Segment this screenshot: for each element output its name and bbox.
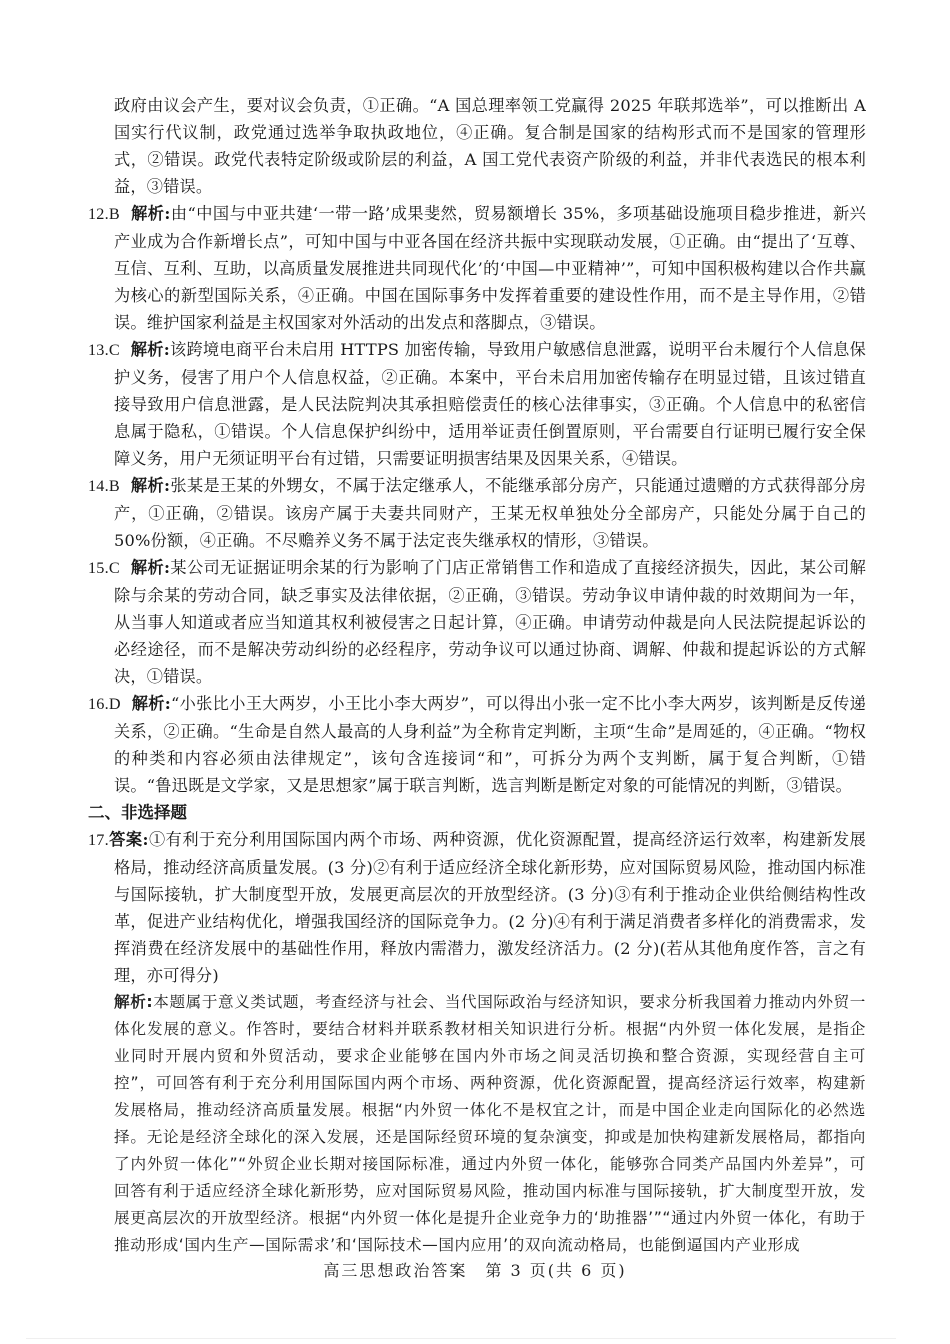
section-title: 二、非选择题 — [88, 799, 866, 826]
question-number: 12. — [88, 205, 109, 223]
analysis-text: “小张比小王大两岁，小王比小李大两岁”，可以得出小张一定不比小李大两岁，该判断是… — [114, 694, 866, 795]
analysis-text: 某公司无证据证明余某的行为影响了门店正常销售工作和造成了直接经济损失，因此，某公… — [114, 558, 866, 686]
analysis-label: 解析: — [132, 694, 171, 713]
question-12: 12.B 解析:由“中国与中亚共建‘一带一路’成果斐然，贸易额增长 35%，多项… — [88, 200, 866, 336]
question-number: 17. — [88, 831, 109, 849]
question-15: 15.C 解析:某公司无证据证明余某的行为影响了门店正常销售工作和造成了直接经济… — [88, 554, 866, 690]
question-answer: C — [109, 559, 120, 577]
question-answer: B — [109, 205, 120, 223]
question-number: 16. — [88, 695, 109, 713]
question-number: 13. — [88, 341, 109, 359]
answer-label: 答案: — [109, 830, 149, 849]
page-footer: 高三思想政治答案 第 3 页(共 6 页) — [0, 1258, 950, 1281]
page-content: 政府由议会产生，要对议会负责，①正确。“A 国总理率领工党赢得 2025 年联邦… — [88, 92, 866, 1259]
question-17-answer: 17.答案:①有利于充分利用国际国内两个市场、两种资源，优化资源配置，提高经济运… — [88, 826, 866, 989]
question-14: 14.B 解析:张某是王某的外甥女，不属于法定继承人，不能继承部分房产，只能通过… — [88, 472, 866, 554]
answer-text: ①有利于充分利用国际国内两个市场、两种资源，优化资源配置，提高经济运行效率，构建… — [114, 830, 866, 985]
carryover-paragraph: 政府由议会产生，要对议会负责，①正确。“A 国总理率领工党赢得 2025 年联邦… — [88, 92, 866, 200]
question-number: 14. — [88, 477, 109, 495]
bottom-divider — [26, 1338, 896, 1339]
analysis-text: 由“中国与中亚共建‘一带一路’成果斐然，贸易额增长 35%，多项基础设施项目稳步… — [114, 204, 866, 332]
question-16: 16.D 解析:“小张比小王大两岁，小王比小李大两岁”，可以得出小张一定不比小李… — [88, 690, 866, 799]
analysis-label: 解析: — [131, 476, 170, 495]
question-17-analysis: 解析:本题属于意义类试题，考查经济与社会、当代国际政治与经济知识，要求分析我国着… — [88, 989, 866, 1259]
analysis-label: 解析: — [114, 993, 153, 1011]
document-page: 政府由议会产生，要对议会负责，①正确。“A 国总理率领工党赢得 2025 年联邦… — [0, 0, 950, 1344]
analysis-label: 解析: — [131, 204, 171, 223]
analysis-label: 解析: — [131, 558, 170, 577]
question-answer: D — [109, 695, 121, 713]
question-answer: C — [109, 341, 120, 359]
question-13: 13.C 解析:该跨境电商平台未启用 HTTPS 加密传输，导致用户敏感信息泄露… — [88, 336, 866, 472]
question-answer: B — [109, 477, 120, 495]
question-number: 15. — [88, 559, 109, 577]
analysis-text: 该跨境电商平台未启用 HTTPS 加密传输，导致用户敏感信息泄露，说明平台未履行… — [114, 340, 866, 468]
analysis-text: 张某是王某的外甥女，不属于法定继承人，不能继承部分房产，只能通过遗赠的方式获得部… — [114, 476, 866, 550]
analysis-label: 解析: — [131, 340, 170, 359]
analysis-text: 本题属于意义类试题，考查经济与社会、当代国际政治与经济知识，要求分析我国着力推动… — [114, 993, 866, 1254]
